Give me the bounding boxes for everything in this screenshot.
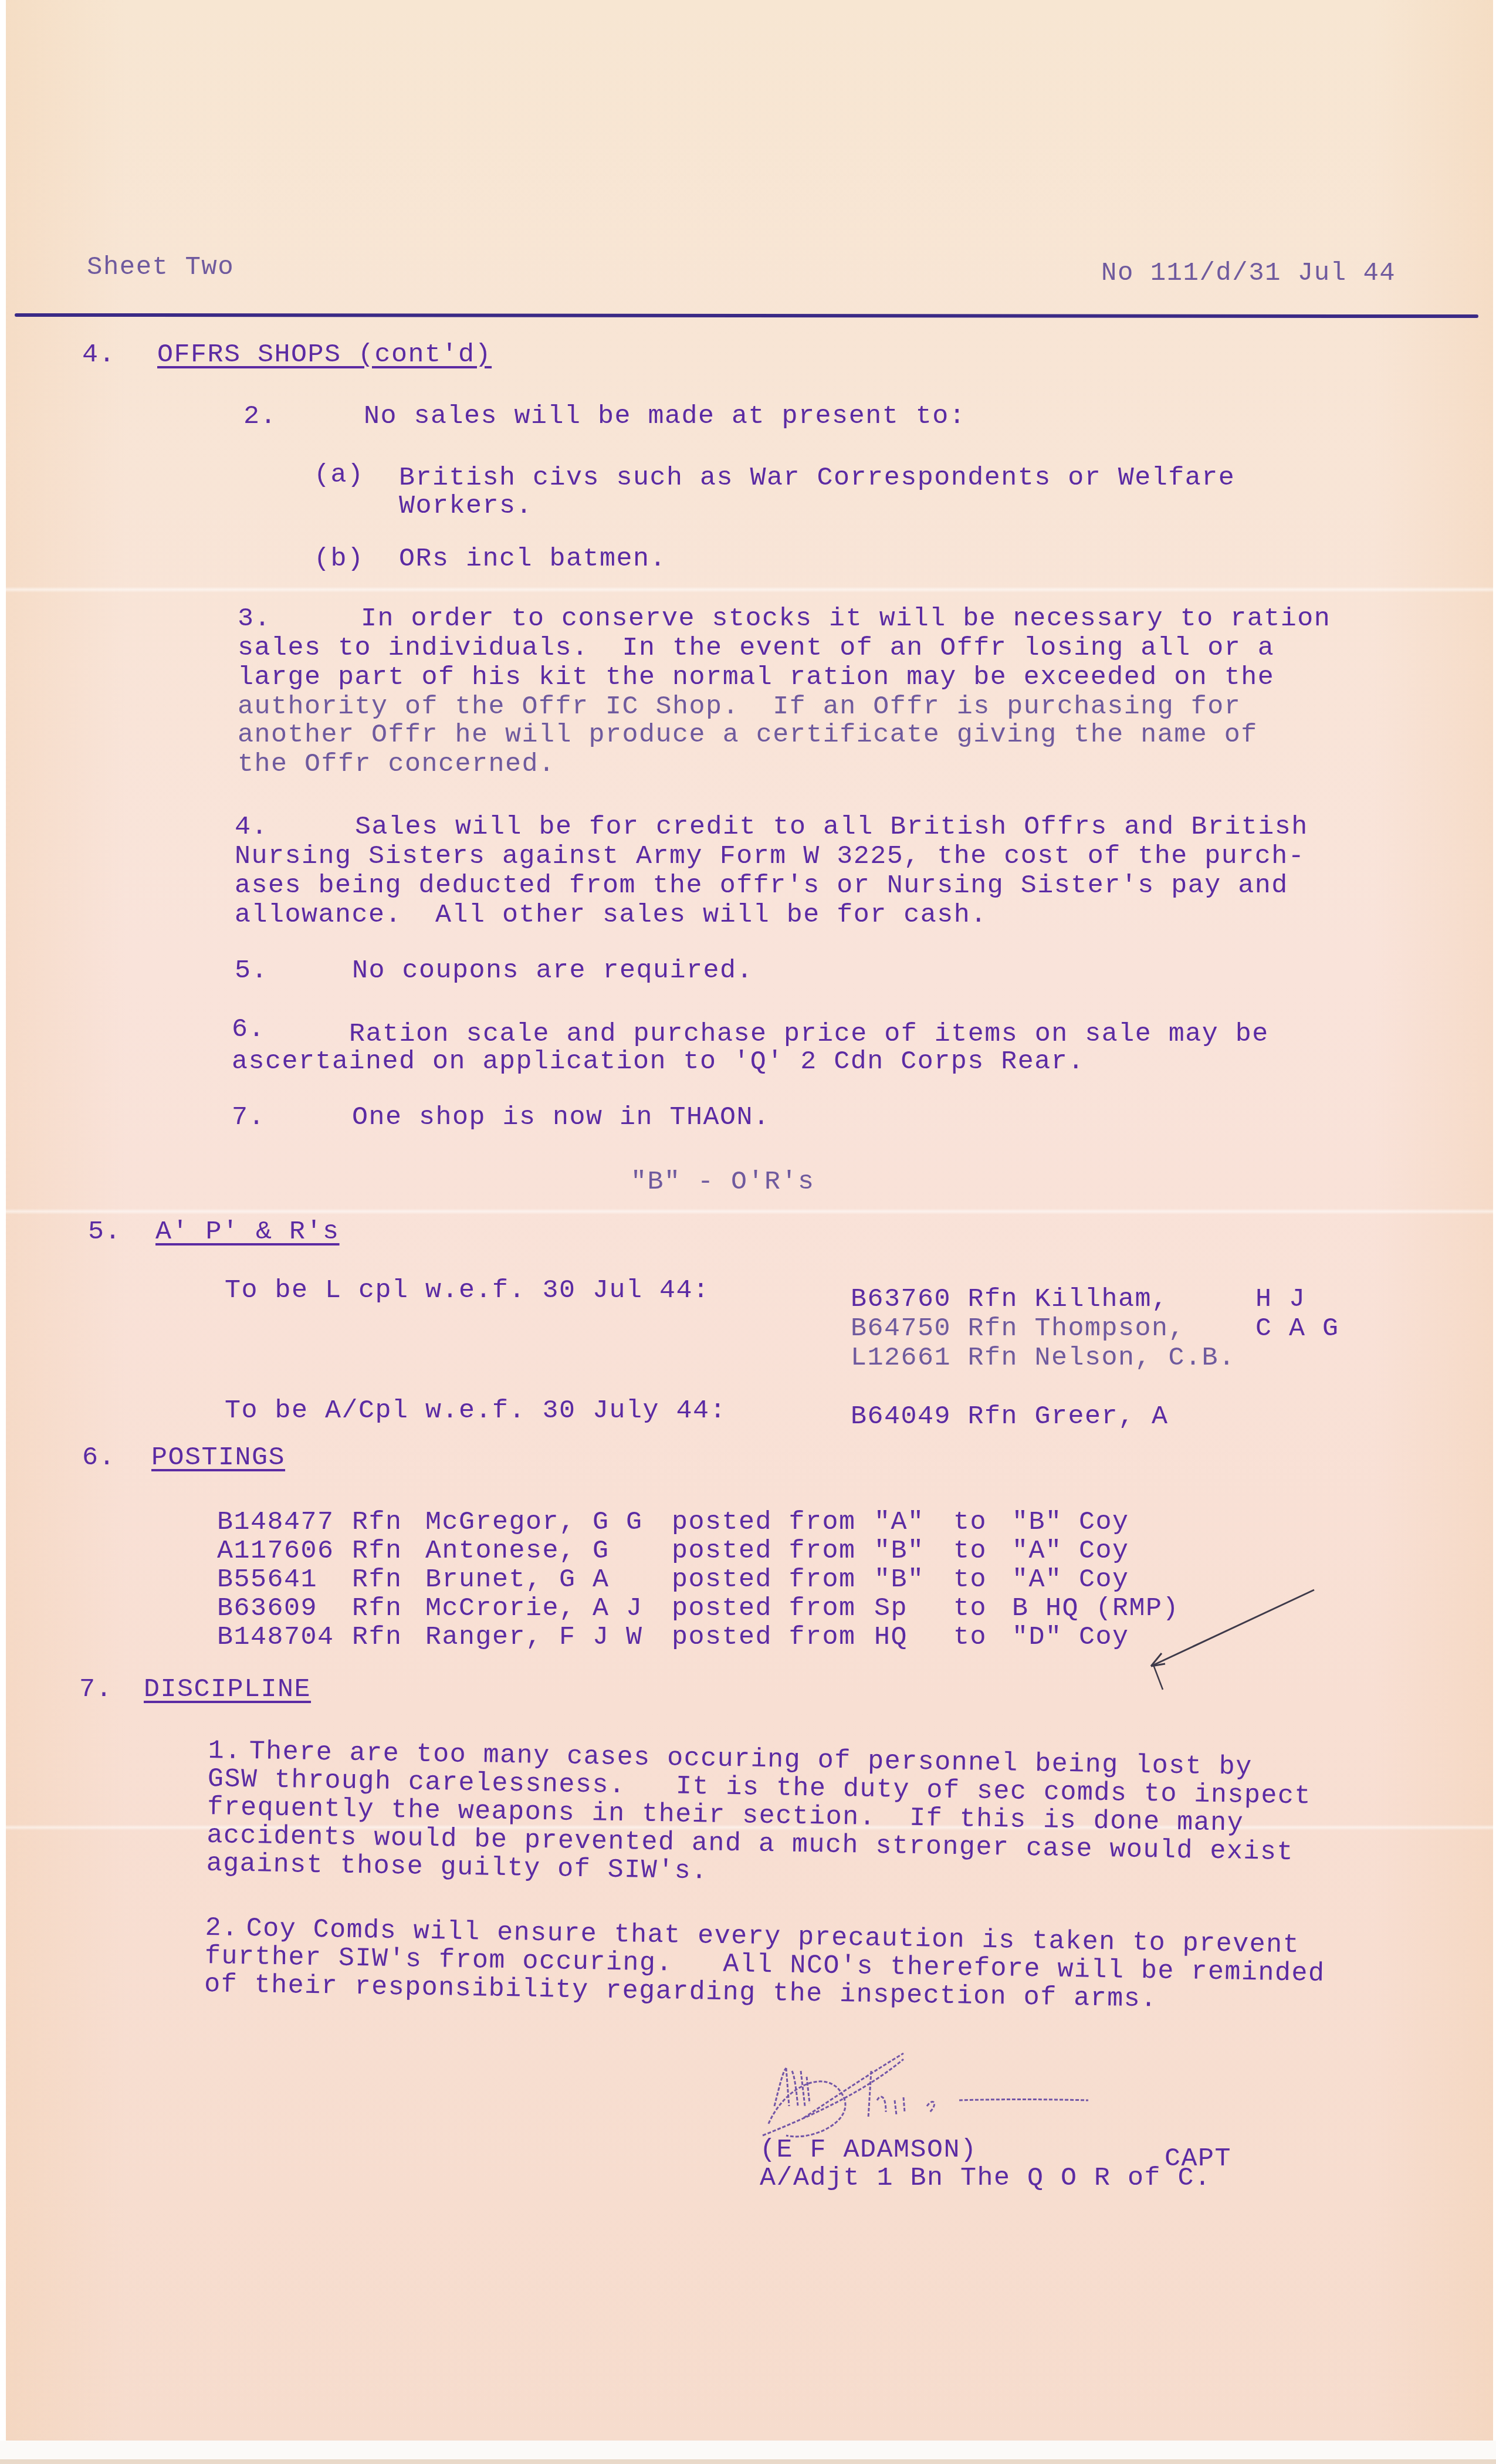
item-a-label: (a) bbox=[314, 461, 364, 489]
posting-rank: Rfn bbox=[352, 1565, 402, 1594]
signatory-appointment: A/Adjt 1 Bn The Q O R of C. bbox=[760, 2164, 1211, 2192]
posting-to-unit: "A" Coy bbox=[1012, 1536, 1129, 1565]
posting-rank: Rfn bbox=[352, 1536, 402, 1565]
posting-service-number: B148477 bbox=[217, 1508, 334, 1536]
para-4-line-4: allowance. All other sales will be for c… bbox=[235, 901, 987, 929]
posting-name: Antonese, G bbox=[425, 1536, 610, 1565]
item-b-label: (b) bbox=[314, 544, 364, 573]
para-4-line-1: Sales will be for credit to all British … bbox=[355, 813, 1308, 841]
posting-to-word: to bbox=[953, 1594, 987, 1623]
posting-name: McGregor, G G bbox=[425, 1508, 643, 1536]
para-7-number: 7. bbox=[232, 1103, 265, 1132]
pencil-checkmark-icon bbox=[1126, 1578, 1326, 1695]
promotion-entry: L12661 Rfn Nelson, C.B. bbox=[851, 1343, 1236, 1372]
promotion-initials: H J bbox=[1255, 1285, 1306, 1314]
posting-to-unit: "D" Coy bbox=[1012, 1623, 1129, 1651]
posting-service-number: A117606 bbox=[217, 1536, 334, 1565]
posting-posted-from: posted from bbox=[672, 1536, 856, 1565]
para-5-number: 5. bbox=[235, 956, 268, 985]
posting-posted-from: posted from bbox=[672, 1623, 856, 1651]
posting-service-number: B148704 bbox=[217, 1623, 334, 1651]
section-4-number: 4. bbox=[82, 340, 116, 369]
para-2-number: 2. bbox=[243, 402, 277, 431]
para-3-line-4: authority of the Offr IC Shop. If an Off… bbox=[238, 692, 1241, 721]
promotion-entry: B63760 Rfn Killham, bbox=[851, 1285, 1169, 1314]
section-5-title: A' P' & R's bbox=[155, 1217, 340, 1246]
scan-edge bbox=[0, 2459, 1496, 2464]
discipline-para-1-number: 1. bbox=[208, 1737, 242, 1766]
section-4-title: OFFRS SHOPS (cont'd) bbox=[157, 340, 492, 369]
posting-from-unit: "B" bbox=[874, 1536, 925, 1565]
para-2-text: No sales will be made at present to: bbox=[364, 402, 966, 431]
sheet-label: Sheet Two bbox=[87, 253, 234, 282]
posting-name: McCrorie, A J bbox=[425, 1594, 643, 1623]
para-3-number: 3. bbox=[238, 604, 271, 633]
posting-rank: Rfn bbox=[352, 1508, 402, 1536]
para-3-line-6: the Offr concerned. bbox=[238, 750, 556, 779]
section-6-title: POSTINGS bbox=[151, 1443, 285, 1472]
document-reference: No 111/d/31 Jul 44 bbox=[1101, 259, 1396, 288]
posting-from-unit: HQ bbox=[874, 1623, 908, 1651]
paper-fold bbox=[6, 1209, 1493, 1214]
item-b-line-1: ORs incl batmen. bbox=[399, 544, 666, 573]
para-3-line-3: large part of his kit the normal ration … bbox=[238, 663, 1274, 692]
promotion-group-1-label: To be L cpl w.e.f. 30 Jul 44: bbox=[225, 1276, 710, 1305]
para-3-line-2: sales to individuals. In the event of an… bbox=[238, 634, 1274, 662]
para-7-text: One shop is now in THAON. bbox=[352, 1103, 770, 1132]
part-b-heading: "B" - O'R's bbox=[631, 1167, 815, 1196]
para-4-number: 4. bbox=[235, 813, 268, 841]
promotion-group-2-label: To be A/Cpl w.e.f. 30 July 44: bbox=[225, 1396, 726, 1425]
para-6-line-2: ascertained on application to 'Q' 2 Cdn … bbox=[232, 1047, 1085, 1076]
posting-posted-from: posted from bbox=[672, 1594, 856, 1623]
posting-from-unit: "A" bbox=[874, 1508, 925, 1536]
section-7-number: 7. bbox=[79, 1675, 113, 1704]
posting-to-word: to bbox=[953, 1623, 987, 1651]
posting-rank: Rfn bbox=[352, 1623, 402, 1651]
para-3-line-5: another Offr he will produce a certifica… bbox=[238, 720, 1258, 749]
posting-to-word: to bbox=[953, 1536, 987, 1565]
section-6-number: 6. bbox=[82, 1443, 116, 1472]
promotion-initials: C A G bbox=[1255, 1314, 1339, 1343]
posting-name: Brunet, G A bbox=[425, 1565, 610, 1594]
posting-service-number: B55641 bbox=[217, 1565, 317, 1594]
signatory-name: (E F ADAMSON) bbox=[760, 2135, 977, 2164]
posting-rank: Rfn bbox=[352, 1594, 402, 1623]
para-4-line-2: Nursing Sisters against Army Form W 3225… bbox=[235, 842, 1305, 871]
posting-from-unit: Sp bbox=[874, 1594, 908, 1623]
para-5-text: No coupons are required. bbox=[352, 956, 753, 985]
posting-to-word: to bbox=[953, 1508, 987, 1536]
posting-service-number: B63609 bbox=[217, 1594, 317, 1623]
para-6-line-1: Ration scale and purchase price of items… bbox=[349, 1020, 1269, 1048]
posting-posted-from: posted from bbox=[672, 1508, 856, 1536]
item-a-line-2: Workers. bbox=[399, 492, 533, 520]
section-5-number: 5. bbox=[88, 1217, 121, 1246]
para-6-number: 6. bbox=[232, 1015, 265, 1044]
posting-to-unit: "A" Coy bbox=[1012, 1565, 1129, 1594]
posting-to-word: to bbox=[953, 1565, 987, 1594]
para-3-line-1: In order to conserve stocks it will be n… bbox=[361, 604, 1331, 633]
para-4-line-3: ases being deducted from the offr's or N… bbox=[235, 871, 1288, 900]
promotion-entry: B64049 Rfn Greer, A bbox=[851, 1402, 1169, 1431]
paper-fold bbox=[6, 587, 1493, 593]
item-a-line-1: British civs such as War Correspondents … bbox=[399, 463, 1235, 492]
posting-from-unit: "B" bbox=[874, 1565, 925, 1594]
promotion-entry: B64750 Rfn Thompson, bbox=[851, 1314, 1185, 1343]
section-7-title: DISCIPLINE bbox=[144, 1675, 311, 1704]
discipline-para-2-number: 2. bbox=[205, 1914, 239, 1943]
posting-name: Ranger, F J W bbox=[425, 1623, 643, 1651]
posting-to-unit: "B" Coy bbox=[1012, 1508, 1129, 1536]
posting-posted-from: posted from bbox=[672, 1565, 856, 1594]
